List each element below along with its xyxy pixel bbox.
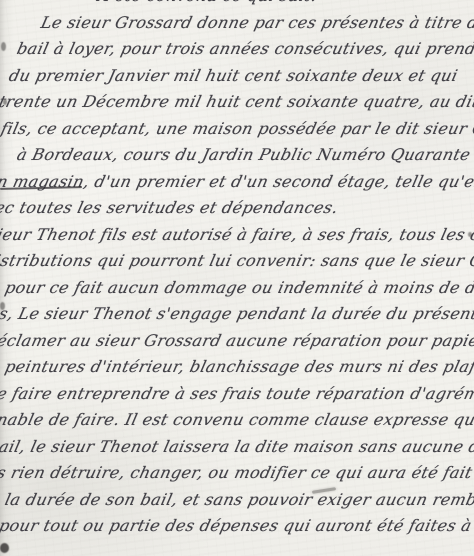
manuscript-line: bail à loyer, pour trois années consécut… [14,36,474,63]
manuscript-line: e faire entreprendre à ses frais toute r… [0,381,474,408]
manuscript-line: nable de faire. Il est convenu comme cla… [0,407,474,434]
manuscript-line: pour tout ou partie des dépenses qui aur… [0,513,474,540]
manuscript-line: s, Le sieur Thenot s'engage pendant la d… [0,301,474,328]
manuscript-line: istributions qui pourront lui convenir: … [0,248,474,275]
manuscript-text-block: A été convenu ce qui suit. Le sieur Gros… [0,0,474,540]
manuscript-line: pour ce fait aucun dommage ou indemnité … [2,275,474,302]
manuscript-line: peintures d'intérieur, blanchissage des … [2,354,474,381]
manuscript-line: trente un Décembre mil huit cent soixant… [0,89,474,116]
manuscript-line: la durée de son bail, et sans pouvoir ex… [2,487,474,514]
manuscript-line: éclamer au sieur Grossard aucune réparat… [0,328,474,355]
manuscript-line: s rien détruire, changer, ou modifier ce… [0,460,474,487]
ink-speck [0,543,9,553]
manuscript-line: ieur Thenot fils est autorisé à faire, à… [0,222,474,249]
manuscript-line: ec toutes les servitudes et dépendances. [0,195,474,222]
manuscript-line: Le sieur Grossard donne par ces présente… [38,10,474,37]
manuscript-line: à Bordeaux, cours du Jardin Public Numér… [14,142,474,169]
manuscript-line: ail, le sieur Thenot laissera la dite ma… [0,434,474,461]
manuscript-page: A été convenu ce qui suit. Le sieur Gros… [0,0,474,556]
manuscript-line: fils, ce acceptant, une maison possédée … [0,116,474,143]
manuscript-line: A été convenu ce qui suit. [95,0,474,10]
manuscript-line: du premier Janvier mil huit cent soixant… [6,63,474,90]
manuscript-line: n magasin, d'un premier et d'un second é… [0,169,474,196]
